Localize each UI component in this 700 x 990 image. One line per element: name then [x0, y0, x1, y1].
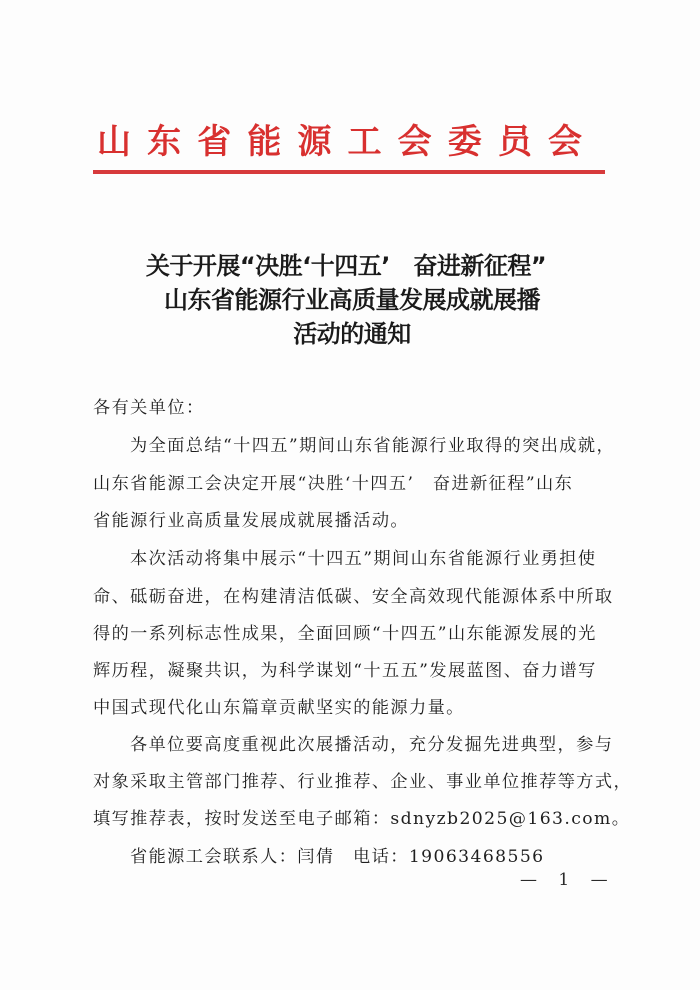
letterhead-char: 山	[97, 122, 131, 162]
document-title-line-1: 关于开展“决胜‘十四五’ 奋进新征程”	[0, 249, 696, 283]
letterhead-char: 会	[548, 122, 582, 162]
paragraph-3-email-line: 填写推荐表，按时发送至电子邮箱：sdnyzb2025@163.com。	[93, 807, 630, 831]
letterhead-char: 东	[147, 122, 181, 162]
letterhead-char: 工	[348, 122, 382, 162]
paragraph-2-line: 得的一系列标志性成果，全面回顾“十四五”山东能源发展的光	[93, 622, 597, 646]
document-title-line-3: 活动的通知	[2, 317, 700, 351]
paragraph-1-line: 为全面总结“十四五”期间山东省能源行业取得的突出成就，	[130, 434, 615, 458]
org-letterhead: 山 东 省 能 源 工 会 委 员 会	[93, 122, 605, 162]
letterhead-char: 能	[247, 122, 281, 162]
page-number: — 1 —	[520, 870, 616, 890]
paragraph-3-line: 各单位要高度重视此次展播活动，充分发掘先进典型，参与	[130, 733, 613, 757]
letterhead-char: 源	[297, 122, 331, 162]
paragraph-2-line: 中国式现代化山东篇章贡献坚实的能源力量。	[93, 696, 465, 720]
contact-line: 省能源工会联系人：闫倩 电话：19063468556	[130, 845, 545, 869]
paragraph-1-line: 山东省能源工会决定开展“决胜‘十四五’ 奋进新征程”山东	[93, 472, 573, 496]
paragraph-3-line: 对象采取主管部门推荐、行业推荐、企业、事业单位推荐等方式，	[93, 770, 632, 794]
paragraph-2-line: 命、砥砺奋进，在构建清洁低碳、安全高效现代能源体系中所取	[93, 585, 613, 609]
document-title-line-2: 山东省能源行业高质量发展成就展播	[2, 283, 700, 317]
letterhead-char: 会	[398, 122, 432, 162]
letterhead-char: 省	[197, 122, 231, 162]
letterhead-char: 委	[448, 122, 482, 162]
paragraph-2-line: 辉历程，凝聚共识，为科学谋划“十五五”发展蓝图、奋力谱写	[93, 659, 597, 683]
paragraph-2-line: 本次活动将集中展示“十四五”期间山东省能源行业勇担使	[130, 547, 596, 571]
salutation: 各有关单位：	[93, 396, 205, 420]
paragraph-1-line: 省能源行业高质量发展成就展播活动。	[93, 509, 409, 533]
letterhead-red-divider	[93, 170, 605, 174]
letterhead-char: 员	[498, 122, 532, 162]
